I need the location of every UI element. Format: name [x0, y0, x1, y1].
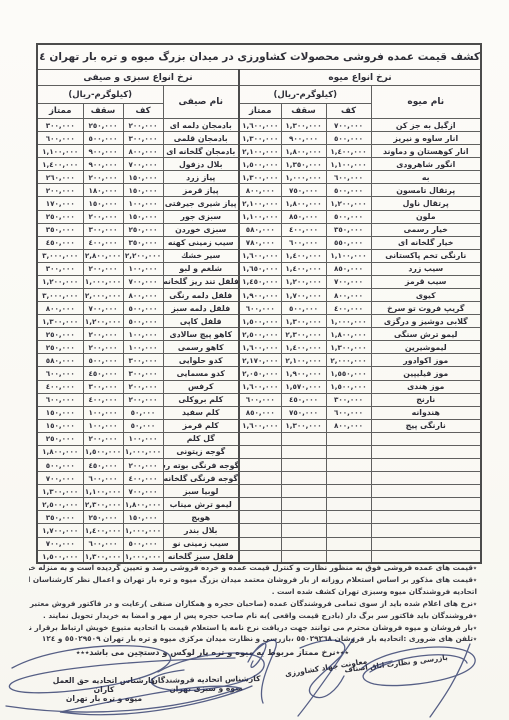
veg-name-cell: كاهو رسمی [163, 341, 239, 354]
fruit-floor-cell [326, 459, 371, 472]
fruit-premium-cell: ٨٥٠,٠٠٠ [239, 406, 281, 419]
price-row: ازگيل به جز كن٧٠٠,٠٠٠١,٣٠٠,٠٠٠١,٦٠٠,٠٠٠ب… [37, 119, 481, 132]
fruit-name-cell: ليموشيرين [371, 341, 481, 354]
veg-floor-cell: ٣٠٠,٠٠٠ [123, 132, 163, 145]
veg-name-cell: پياز قرمز [163, 184, 239, 197]
veg-name-cell: شلغم و لبو [163, 262, 239, 275]
veg-floor-cell: ٥٠٠,٠٠٠ [123, 537, 163, 550]
fruit-premium-cell [239, 537, 281, 550]
table-body: ازگيل به جز كن٧٠٠,٠٠٠١,٣٠٠,٠٠٠١,٦٠٠,٠٠٠ب… [37, 119, 481, 564]
veg-name-cell: فلفل تند ريز گلخانه [163, 275, 239, 288]
signature-label-forooshandegan: كارشناس اتحاديه فروشندگان ميوه و سبزی ته… [151, 674, 261, 694]
fruit-ceiling-cell: ٢,١٠٠,٠٠٠ [281, 354, 326, 367]
fruit-floor-cell [326, 511, 371, 524]
fruit-premium-cell: ١,٦٠٠,٠٠٠ [239, 249, 281, 262]
veg-ceiling-cell: ٢٥٠,٠٠٠ [83, 511, 123, 524]
veg-premium-cell: ٢٥٠,٠٠٠ [37, 210, 83, 223]
fruit-floor-cell: ٧٠٠,٠٠٠ [326, 275, 371, 288]
fruit-premium-cell: ١,٦٠٠,٠٠٠ [239, 341, 281, 354]
veg-name-cell: بادمجان دلمه ای [163, 119, 239, 132]
veg-ceiling-cell: ١٨٠,٠٠٠ [83, 184, 123, 197]
veg-ceiling-cell: ٢٠٠,٠٠٠ [83, 432, 123, 445]
veg-premium-cell: ٢٥٠,٠٠٠ [37, 432, 83, 445]
footnote-line: ٭قيمت های عمده فروشی فوق به منظور نظارت … [29, 562, 477, 574]
veg-ceiling-cell: ٣٠٠,٠٠٠ [83, 223, 123, 236]
veg-name-cell: ليمو ترش ميناب [163, 498, 239, 511]
price-row: خيار رسمی٣٥٠,٠٠٠٤٠٠,٠٠٠٥٨٠,٠٠٠سبزی خوردن… [37, 223, 481, 236]
fruit-name-cell: خيار رسمی [371, 223, 481, 236]
veg-floor-cell: ١,٠٠٠,٠٠٠ [123, 445, 163, 458]
veg-floor-cell: ٧٠٠,٠٠٠ [123, 485, 163, 498]
fruit-ceiling-cell: ١,٠٠٠,٠٠٠ [281, 171, 326, 184]
veg-floor-cell: ٣٠٠,٠٠٠ [123, 367, 163, 380]
fruit-floor-cell: ١,١٠٠,٠٠٠ [326, 249, 371, 262]
fruit-name-cell: هندوانه [371, 406, 481, 419]
veg-ceiling-cell: ٢,٨٠٠,٠٠٠ [83, 249, 123, 262]
veg-name-cell: گوجه فرنگی گلخانه [163, 472, 239, 485]
veg-name-cell: پياز شيری جيرفتی [163, 197, 239, 210]
price-row: موز هندی١,٥٠٠,٠٠٠١,٥٧٠,٠٠٠١,٦٠٠,٠٠٠كرفس٢… [37, 380, 481, 393]
veg-ceiling-cell: ٤٠٠,٠٠٠ [83, 236, 123, 249]
veg-name-cell: بلال دزفول [163, 158, 239, 171]
veg-floor-cell: ٣٥٠,٠٠٠ [123, 236, 163, 249]
veg-name-cell: سيب زمينی كهنه [163, 236, 239, 249]
fruit-name-cell [371, 459, 481, 472]
fruit-ceiling-cell: ٧٥٠,٠٠٠ [281, 406, 326, 419]
fruit-ceiling-cell: ١,٣٠٠,٠٠٠ [281, 119, 326, 132]
veg-ceiling-cell: ٥٠٠,٠٠٠ [83, 354, 123, 367]
footnote-line: ٭قيمت های مذكور بر اساس استعلام روزانه ا… [29, 574, 477, 586]
fruit-premium-cell: ٢,١٠٠,٠٠٠ [239, 145, 281, 158]
veg-floor-cell: ٨٠٠,٠٠٠ [123, 145, 163, 158]
price-row: موز فيليپين١,٥٥٠,٠٠٠١,٩٠٠,٠٠٠٢,٠٥٠,٠٠٠كد… [37, 367, 481, 380]
fruit-ceiling-cell [281, 511, 326, 524]
title-row: كشف قيمت عمده فروشی محصولات كشاورزی در م… [37, 44, 481, 70]
veg-ceiling-cell: ٩٠٠,٠٠٠ [83, 145, 123, 158]
fruit-ceiling-cell: ٥٠٠,٠٠٠ [281, 302, 326, 315]
fruit-ceiling-cell: ١,٨٠٠,٠٠٠ [281, 197, 326, 210]
fruit-ceiling-cell [281, 459, 326, 472]
veg-name-cell: سير خشك [163, 249, 239, 262]
veg-floor-cell: ١٥٠,٠٠٠ [123, 184, 163, 197]
fruit-name-cell: ازگيل به جز كن [371, 119, 481, 132]
veg-ceiling-cell: ٢٠٠,٠٠٠ [83, 262, 123, 275]
veg-ceiling-cell: ٤٥٠,٠٠٠ [83, 367, 123, 380]
document-title: كشف قيمت عمده فروشی محصولات كشاورزی در م… [37, 44, 481, 70]
veg-floor-cell: ٢٠٠,٠٠٠ [123, 119, 163, 132]
fruit-name-cell: كيوی [371, 289, 481, 302]
fruit-name-cell [371, 511, 481, 524]
price-row: نارنگی پیج٨٠٠,٠٠٠١,٣٠٠,٠٠٠١,٦٠٠,٠٠٠كلم ق… [37, 419, 481, 432]
fruit-premium-cell: ١,٦٠٠,٠٠٠ [239, 380, 281, 393]
veg-premium-cell: ٨٠٠,٠٠٠ [37, 302, 83, 315]
fruit-name-cell: سيب زرد [371, 262, 481, 275]
veg-ceiling-cell: ٣٠٠,٠٠٠ [83, 380, 123, 393]
price-row: پرتقال تامسون٥٠٠,٠٠٠٧٥٠,٠٠٠٨٠٠,٠٠٠پياز ق… [37, 184, 481, 197]
fruit-ceiling-cell: ٧٥٠,٠٠٠ [281, 184, 326, 197]
fruit-name-cell [371, 485, 481, 498]
veg-premium-cell: ٢,٥٠٠,٠٠٠ [37, 498, 83, 511]
veg-premium-cell: ٢٦٠,٠٠٠ [37, 171, 83, 184]
veg-ceiling-cell: ٢٠٠,٠٠٠ [83, 328, 123, 341]
veg-premium-cell: ١٧٠,٠٠٠ [37, 197, 83, 210]
footnotes: ٭قيمت های عمده فروشی فوق به منظور نظارت … [29, 562, 477, 645]
veg-ceiling-cell: ١,١٠٠,٠٠٠ [83, 485, 123, 498]
fruit-name-cell [371, 445, 481, 458]
fruit-premium-cell: ٢,٠٥٠,٠٠٠ [239, 367, 281, 380]
veg-name-cell: كلم قرمز [163, 419, 239, 432]
veg-premium-cell: ٦٠٠,٠٠٠ [37, 393, 83, 406]
signature-label-hagh-amal-karan: كارشناس اتحاديه حق العمل كاران ميوه و تر… [44, 676, 164, 703]
fruit-floor-cell [326, 432, 371, 445]
fruit-premium-cell: ١,٥٠٠,٠٠٠ [239, 315, 281, 328]
fruit-ceiling-cell: ١,٣٥٠,٠٠٠ [281, 158, 326, 171]
fruit-premium-cell: ١,٣٠٠,٠٠٠ [239, 132, 281, 145]
fruit-ceiling-cell: ٩٠٠,٠٠٠ [281, 132, 326, 145]
fruit-ceiling-cell: ٤٥٠,٠٠٠ [281, 393, 326, 406]
fruit-premium-cell: ٢,٥٠٠,٠٠٠ [239, 328, 281, 341]
fruit-name-cell: پرتقال ناول [371, 197, 481, 210]
fruit-floor-cell: ٥٥٠,٠٠٠ [326, 236, 371, 249]
footnote-line: ٭بار فروشان و ميوه فروشان محترم می توانن… [29, 622, 477, 634]
veg-floor-cell: ٢٠٠,٠٠٠ [123, 459, 163, 472]
fruit-floor-cell [326, 485, 371, 498]
fruit-ceiling-cell: ٨٥٠,٠٠٠ [281, 210, 326, 223]
veg-floor-cell: ١٠٠,٠٠٠ [123, 341, 163, 354]
price-row: گل كلم١٠٠,٠٠٠٢٠٠,٠٠٠٢٥٠,٠٠٠ [37, 432, 481, 445]
veg-floor-cell: ٢٥٠,٠٠٠ [123, 223, 163, 236]
veg-premium-cell: ٤٠٠,٠٠٠ [37, 380, 83, 393]
veg-ceiling-cell: ٦٠٠,٠٠٠ [83, 472, 123, 485]
fruit-ceiling-cell [281, 485, 326, 498]
fruit-floor-cell: ٧٠٠,٠٠٠ [326, 119, 371, 132]
fruit-name-cell: به [371, 171, 481, 184]
veg-premium-cell: ١,١٠٠,٠٠٠ [37, 145, 83, 158]
premium-note: ٭٭٭نرخ ممتاز مربوط به ميوه و تره بار لوك… [89, 647, 349, 657]
veg-floor-cell: ١٠٠,٠٠٠ [123, 197, 163, 210]
fruit-premium-cell [239, 498, 281, 511]
fruit-ceiling-cell: ١,٣٠٠,٠٠٠ [281, 315, 326, 328]
price-row: سيب زرد٨٥٠,٠٠٠١,٤٠٠,٠٠٠١,٦٥٠,٠٠٠شلغم و ل… [37, 262, 481, 275]
fruit-name-cell: انار ساوه و نيريز [371, 132, 481, 145]
fruit-name-cell: خيار گلخانه ای [371, 236, 481, 249]
scanned-document-page: كشف قيمت عمده فروشی محصولات كشاورزی در م… [0, 0, 509, 720]
fruit-premium-cell: ١,٦٠٠,٠٠٠ [239, 419, 281, 432]
fruit-premium-cell [239, 524, 281, 537]
fruit-floor-cell: ١,١٠٠,٠٠٠ [326, 158, 371, 171]
fruit-ceiling-cell: ١,٤٠٠,٠٠٠ [281, 262, 326, 275]
veg-ceiling-cell: ٢,٠٠٠,٠٠٠ [83, 289, 123, 302]
veg-name-cell: سبزی خوردن [163, 223, 239, 236]
veg-name-cell: فلفل دلمه رنگی [163, 289, 239, 302]
fruit-floor-cell: ٨٠٠,٠٠٠ [326, 289, 371, 302]
veg-premium-cell: ١,٨٠٠,٠٠٠ [37, 445, 83, 458]
veg-floor-cell: ٤٠٠,٠٠٠ [123, 472, 163, 485]
fruit-section-header: نرخ انواع ميوه [239, 70, 481, 86]
price-row: گلابی دوشيز و درگزی١,٠٠٠,٠٠٠١,٣٠٠,٠٠٠١,٥… [37, 315, 481, 328]
price-row: انگور شاهرودی١,١٠٠,٠٠٠١,٣٥٠,٠٠٠١,٥٠٠,٠٠٠… [37, 158, 481, 171]
fruit-floor-header: كف [326, 104, 371, 119]
veg-ceiling-cell: ١٠٠,٠٠٠ [83, 406, 123, 419]
veg-premium-cell: ٥٠٠,٠٠٠ [37, 459, 83, 472]
fruit-floor-cell: ٦٠٠,٠٠٠ [326, 406, 371, 419]
veg-premium-cell: ٣٥٠,٠٠٠ [37, 511, 83, 524]
price-row: ملون٥٠٠,٠٠٠٨٥٠,٠٠٠١,١٠٠,٠٠٠سبزی جور١٥٠,٠… [37, 210, 481, 223]
veg-floor-cell: ١٠٠,٠٠٠ [123, 432, 163, 445]
veg-premium-cell: ١٥٠,٠٠٠ [37, 406, 83, 419]
price-row: بلال بندر١,٠٠٠,٠٠٠١,٤٠٠,٠٠٠١,٧٠٠,٠٠٠ [37, 524, 481, 537]
veg-name-cell: سيب زمينی نو [163, 537, 239, 550]
veg-floor-cell: ٥٠,٠٠٠ [123, 419, 163, 432]
veg-ceiling-header: سقف [83, 104, 123, 119]
veg-floor-cell: ٥٠٠,٠٠٠ [123, 302, 163, 315]
fruit-floor-cell [326, 524, 371, 537]
fruit-ceiling-cell: ٢,٣٠٠,٠٠٠ [281, 328, 326, 341]
fruit-premium-cell: ١,٦٥٠,٠٠٠ [239, 262, 281, 275]
fruit-premium-cell: ١,٥٠٠,٠٠٠ [239, 158, 281, 171]
veg-premium-cell: ٣,٠٠٠,٠٠٠ [37, 249, 83, 262]
fruit-name-cell: نارنگی پیج [371, 419, 481, 432]
price-row: گوجه فرنگی بوته رس٢٠٠,٠٠٠٤٥٠,٠٠٠٥٠٠,٠٠٠ [37, 459, 481, 472]
footnote-line: اتحاديه فروشندگان ميوه وسبزی تهران كشف ش… [29, 586, 477, 598]
veg-ceiling-cell: ١٥٠,٠٠٠ [83, 197, 123, 210]
fruit-ceiling-cell: ١,٧٠٠,٠٠٠ [281, 289, 326, 302]
fruit-floor-cell: ٦٠٠,٠٠٠ [326, 171, 371, 184]
veg-ceiling-cell: ١٠٠,٠٠٠ [83, 419, 123, 432]
fruit-floor-cell [326, 498, 371, 511]
fruit-name-cell: موز هندی [371, 380, 481, 393]
fruit-name-cell: گلابی دوشيز و درگزی [371, 315, 481, 328]
fruit-floor-cell: ٣٠٠,٠٠٠ [326, 393, 371, 406]
footnote-line: ٭فروشندگان بايد فاكتور سر برگ دار (بادرج… [29, 610, 477, 622]
fruit-ceiling-cell: ١,٤٠٠,٠٠٠ [281, 341, 326, 354]
veg-premium-cell: ٦٠٠,٠٠٠ [37, 132, 83, 145]
veg-premium-cell: ٤٥٠,٠٠٠ [37, 236, 83, 249]
price-row: انار كوهستان و دماوند١,٤٠٠,٠٠٠١,٨٠٠,٠٠٠٢… [37, 145, 481, 158]
veg-name-cell: كلم سفيد [163, 406, 239, 419]
price-row: هندوانه٦٠٠,٠٠٠٧٥٠,٠٠٠٨٥٠,٠٠٠كلم سفيد٥٠,٠… [37, 406, 481, 419]
veg-premium-header: ممتاز [37, 104, 83, 119]
footnote-line: ٭تلفن های ضروری :اتحاديه بار فروشان ٥٥٠٢… [29, 633, 477, 645]
veg-premium-cell: ٣٥٠,٠٠٠ [37, 223, 83, 236]
fruit-ceiling-header: سقف [281, 104, 326, 119]
fruit-premium-cell: ٥٨٠,٠٠٠ [239, 223, 281, 236]
veg-ceiling-cell: ٢٠٠,٠٠٠ [83, 210, 123, 223]
fruit-ceiling-cell: ١,٨٠٠,٠٠٠ [281, 145, 326, 158]
fruit-floor-cell: ٥٠٠,٠٠٠ [326, 210, 371, 223]
veg-name-cell: لوبيا سبز [163, 485, 239, 498]
veg-name-cell: فلفل كاپی [163, 315, 239, 328]
veg-premium-cell: ٣٠٠,٠٠٠ [37, 119, 83, 132]
veg-section-header: نرخ انواع سبزی و صيفی [37, 70, 239, 86]
fruit-name-cell: ليمو ترش سنگی [371, 328, 481, 341]
fruit-premium-cell: ٧٨٠,٠٠٠ [239, 236, 281, 249]
price-row: گوجه زيتونی١,٠٠٠,٠٠٠١,٥٠٠,٠٠٠١,٨٠٠,٠٠٠ [37, 445, 481, 458]
price-table: كشف قيمت عمده فروشی محصولات كشاورزی در م… [36, 43, 482, 564]
fruit-premium-cell: ٢,١٧٠,٠٠٠ [239, 354, 281, 367]
fruit-ceiling-cell [281, 432, 326, 445]
fruit-floor-cell: ١,٣٠٠,٠٠٠ [326, 341, 371, 354]
veg-premium-cell: ٢٥٠,٠٠٠ [37, 341, 83, 354]
veg-ceiling-cell: ١,٠٠٠,٠٠٠ [83, 275, 123, 288]
fruit-premium-cell: ١,٣٠٠,٠٠٠ [239, 171, 281, 184]
fruit-ceiling-cell [281, 537, 326, 550]
veg-ceiling-cell: ٦٠٠,٠٠٠ [83, 537, 123, 550]
section-header-row: نرخ انواع ميوه نرخ انواع سبزی و صيفی [37, 70, 481, 86]
veg-premium-cell: ١,٣٠٠,٠٠٠ [37, 485, 83, 498]
fruit-ceiling-cell [281, 524, 326, 537]
veg-name-cell: پياز زرد [163, 171, 239, 184]
fruit-floor-cell: ٤٠٠,٠٠٠ [326, 302, 371, 315]
veg-ceiling-cell: ٢٥٠,٠٠٠ [83, 119, 123, 132]
fruit-floor-cell: ١,٨٠٠,٠٠٠ [326, 328, 371, 341]
veg-name-cell: كدو مسمايی [163, 367, 239, 380]
veg-name-cell: كلم بروكلی [163, 393, 239, 406]
fruit-premium-cell: ١,٦٠٠,٠٠٠ [239, 119, 281, 132]
price-row: نارنج٣٠٠,٠٠٠٤٥٠,٠٠٠٦٠٠,٠٠٠كلم بروكلی٢٠٠,… [37, 393, 481, 406]
fruit-premium-cell: ٦٠٠,٠٠٠ [239, 393, 281, 406]
veg-name-cell: كدو حلوايی [163, 354, 239, 367]
veg-floor-cell: ٣٠٠,٠٠٠ [123, 354, 163, 367]
veg-name-cell: كرفس [163, 380, 239, 393]
veg-ceiling-cell: ٢٠٠,٠٠٠ [83, 171, 123, 184]
fruit-name-cell: پرتقال تامسون [371, 184, 481, 197]
veg-name-cell: بلال بندر [163, 524, 239, 537]
fruit-name-cell: انگور شاهرودی [371, 158, 481, 171]
veg-floor-cell: ٢,٢٠٠,٠٠٠ [123, 249, 163, 262]
veg-floor-cell: ٧٠٠,٠٠٠ [123, 158, 163, 171]
veg-name-cell: بادمجان گلخانه ای [163, 145, 239, 158]
fruit-premium-cell: ١,١٠٠,٠٠٠ [239, 210, 281, 223]
fruit-floor-cell: ١,٤٠٠,٠٠٠ [326, 145, 371, 158]
veg-name-cell: هويج [163, 511, 239, 524]
fruit-floor-cell: ٣٥٠,٠٠٠ [326, 223, 371, 236]
fruit-name-cell [371, 472, 481, 485]
price-row: ليمو ترش ميناب١,٨٠٠,٠٠٠٢,٣٠٠,٠٠٠٢,٥٠٠,٠٠… [37, 498, 481, 511]
fruit-name-cell: سيب قرمز [371, 275, 481, 288]
veg-premium-cell: ١,٢٠٠,٠٠٠ [37, 275, 83, 288]
fruit-floor-cell: ٨٥٠,٠٠٠ [326, 262, 371, 275]
veg-premium-cell: ٢٠٠,٠٠٠ [37, 184, 83, 197]
fruit-premium-cell [239, 432, 281, 445]
veg-premium-cell: ٣٠٠,٠٠٠ [37, 262, 83, 275]
veg-ceiling-cell: ١,٥٠٠,٠٠٠ [83, 445, 123, 458]
veg-premium-cell: ٢٥٠,٠٠٠ [37, 328, 83, 341]
veg-ceiling-cell: ٢,٣٠٠,٠٠٠ [83, 498, 123, 511]
fruit-name-cell [371, 524, 481, 537]
unit-header-row: نام ميوه (كيلوگرم-ريال) نام صيفی (كيلوگر… [37, 86, 481, 104]
veg-ceiling-cell: ٧٠٠,٠٠٠ [83, 302, 123, 315]
price-row: نارنگی تخم پاكستانی١,١٠٠,٠٠٠١,٤٠٠,٠٠٠١,٦… [37, 249, 481, 262]
fruit-floor-cell: ٥٠٠,٠٠٠ [326, 132, 371, 145]
veg-name-cell: كاهو پيچ سالادی [163, 328, 239, 341]
veg-name-cell: فلفل دلمه سبز [163, 302, 239, 315]
veg-premium-cell: ١,٤٠٠,٠٠٠ [37, 158, 83, 171]
fruit-premium-cell [239, 511, 281, 524]
price-row: به٦٠٠,٠٠٠١,٠٠٠,٠٠٠١,٣٠٠,٠٠٠پياز زرد١٥٠,٠… [37, 171, 481, 184]
veg-ceiling-cell: ٢٠٠,٠٠٠ [83, 341, 123, 354]
fruit-premium-header: ممتاز [239, 104, 281, 119]
veg-ceiling-cell: ٤٥٠,٠٠٠ [83, 459, 123, 472]
fruit-ceiling-cell [281, 472, 326, 485]
fruit-unit-header: (كيلوگرم-ريال) [239, 86, 371, 104]
price-row: كيوی٨٠٠,٠٠٠١,٧٠٠,٠٠٠١,٩٠٠,٠٠٠فلفل دلمه ر… [37, 289, 481, 302]
footnote-line: ٭نرخ های اعلام شده بايد از سوی تمامی فرو… [29, 598, 477, 610]
fruit-name-cell [371, 498, 481, 511]
fruit-floor-cell [326, 537, 371, 550]
veg-ceiling-cell: ١,٢٠٠,٠٠٠ [83, 315, 123, 328]
fruit-floor-cell: ٨٠٠,٠٠٠ [326, 419, 371, 432]
fruit-floor-cell: ٥٠٠,٠٠٠ [326, 184, 371, 197]
fruit-name-cell: نارنج [371, 393, 481, 406]
fruit-ceiling-cell: ١,٢٠٠,٠٠٠ [281, 275, 326, 288]
veg-floor-cell: ١٥٠,٠٠٠ [123, 210, 163, 223]
fruit-name-cell: ملون [371, 210, 481, 223]
veg-unit-header: (كيلوگرم-ريال) [37, 86, 163, 104]
fruit-name-cell [371, 537, 481, 550]
fruit-premium-cell: ١,٩٠٠,٠٠٠ [239, 289, 281, 302]
price-row: سيب قرمز٧٠٠,٠٠٠١,٢٠٠,٠٠٠١,٤٥٠,٠٠٠فلفل تن… [37, 275, 481, 288]
price-row: گريپ فروت تو سرخ٤٠٠,٠٠٠٥٠٠,٠٠٠٦٠٠,٠٠٠فلف… [37, 302, 481, 315]
veg-premium-cell: ١,٣٠٠,٠٠٠ [37, 315, 83, 328]
veg-floor-cell: ٨٠٠,٠٠٠ [123, 289, 163, 302]
fruit-ceiling-cell: ١,٤٠٠,٠٠٠ [281, 249, 326, 262]
price-row: سيب زمينی نو٥٠٠,٠٠٠٦٠٠,٠٠٠٧٠٠,٠٠٠ [37, 537, 481, 550]
fruit-name-cell: نارنگی تخم پاكستانی [371, 249, 481, 262]
price-row: لوبيا سبز٧٠٠,٠٠٠١,١٠٠,٠٠٠١,٣٠٠,٠٠٠ [37, 485, 481, 498]
fruit-ceiling-cell: ١,٥٧٠,٠٠٠ [281, 380, 326, 393]
fruit-premium-cell: ٢,١٠٠,٠٠٠ [239, 197, 281, 210]
price-row: پرتقال ناول١,٢٠٠,٠٠٠١,٨٠٠,٠٠٠٢,١٠٠,٠٠٠پي… [37, 197, 481, 210]
veg-premium-cell: ٧٠٠,٠٠٠ [37, 472, 83, 485]
fruit-name-cell [371, 432, 481, 445]
fruit-ceiling-cell: ٦٠٠,٠٠٠ [281, 236, 326, 249]
veg-ceiling-cell: ٩٠٠,٠٠٠ [83, 158, 123, 171]
veg-floor-cell: ٢٠٠,٠٠٠ [123, 393, 163, 406]
fruit-name-column-header: نام ميوه [371, 86, 481, 119]
veg-premium-cell: ٧٠٠,٠٠٠ [37, 537, 83, 550]
veg-floor-cell: ١,٠٠٠,٠٠٠ [123, 524, 163, 537]
veg-premium-cell: ١,٧٠٠,٠٠٠ [37, 524, 83, 537]
veg-floor-cell: ١,٨٠٠,٠٠٠ [123, 498, 163, 511]
veg-premium-cell: ٥٨٠,٠٠٠ [37, 354, 83, 367]
price-row: ليمو ترش سنگی١,٨٠٠,٠٠٠٢,٣٠٠,٠٠٠٢,٥٠٠,٠٠٠… [37, 328, 481, 341]
fruit-ceiling-cell [281, 498, 326, 511]
veg-floor-cell: ٢٠٠,٠٠٠ [123, 380, 163, 393]
veg-name-cell: گوجه فرنگی بوته رس [163, 459, 239, 472]
veg-name-cell: گل كلم [163, 432, 239, 445]
veg-premium-cell: ٣,٠٠٠,٠٠٠ [37, 289, 83, 302]
fruit-premium-cell [239, 472, 281, 485]
veg-floor-cell: ١٠٠,٠٠٠ [123, 328, 163, 341]
veg-premium-cell: ١٥٠,٠٠٠ [37, 419, 83, 432]
fruit-name-cell: موز فيليپين [371, 367, 481, 380]
price-row: هويج١٥٠,٠٠٠٢٥٠,٠٠٠٣٥٠,٠٠٠ [37, 511, 481, 524]
fruit-ceiling-cell: ٤٠٠,٠٠٠ [281, 223, 326, 236]
veg-floor-cell: ١٥٠,٠٠٠ [123, 511, 163, 524]
veg-ceiling-cell: ١,٤٠٠,٠٠٠ [83, 524, 123, 537]
fruit-ceiling-cell: ١,٣٠٠,٠٠٠ [281, 419, 326, 432]
veg-premium-cell: ٦٠٠,٠٠٠ [37, 367, 83, 380]
fruit-floor-cell: ١,٥٥٠,٠٠٠ [326, 367, 371, 380]
price-row: ليموشيرين١,٣٠٠,٠٠٠١,٤٠٠,٠٠٠١,٦٠٠,٠٠٠كاهو… [37, 341, 481, 354]
fruit-name-cell: موز اكوادور [371, 354, 481, 367]
fruit-premium-cell [239, 445, 281, 458]
fruit-floor-cell: ١,٠٠٠,٠٠٠ [326, 315, 371, 328]
fruit-premium-cell [239, 485, 281, 498]
veg-floor-cell: ١٠٠,٠٠٠ [123, 262, 163, 275]
veg-name-cell: سبزی جور [163, 210, 239, 223]
